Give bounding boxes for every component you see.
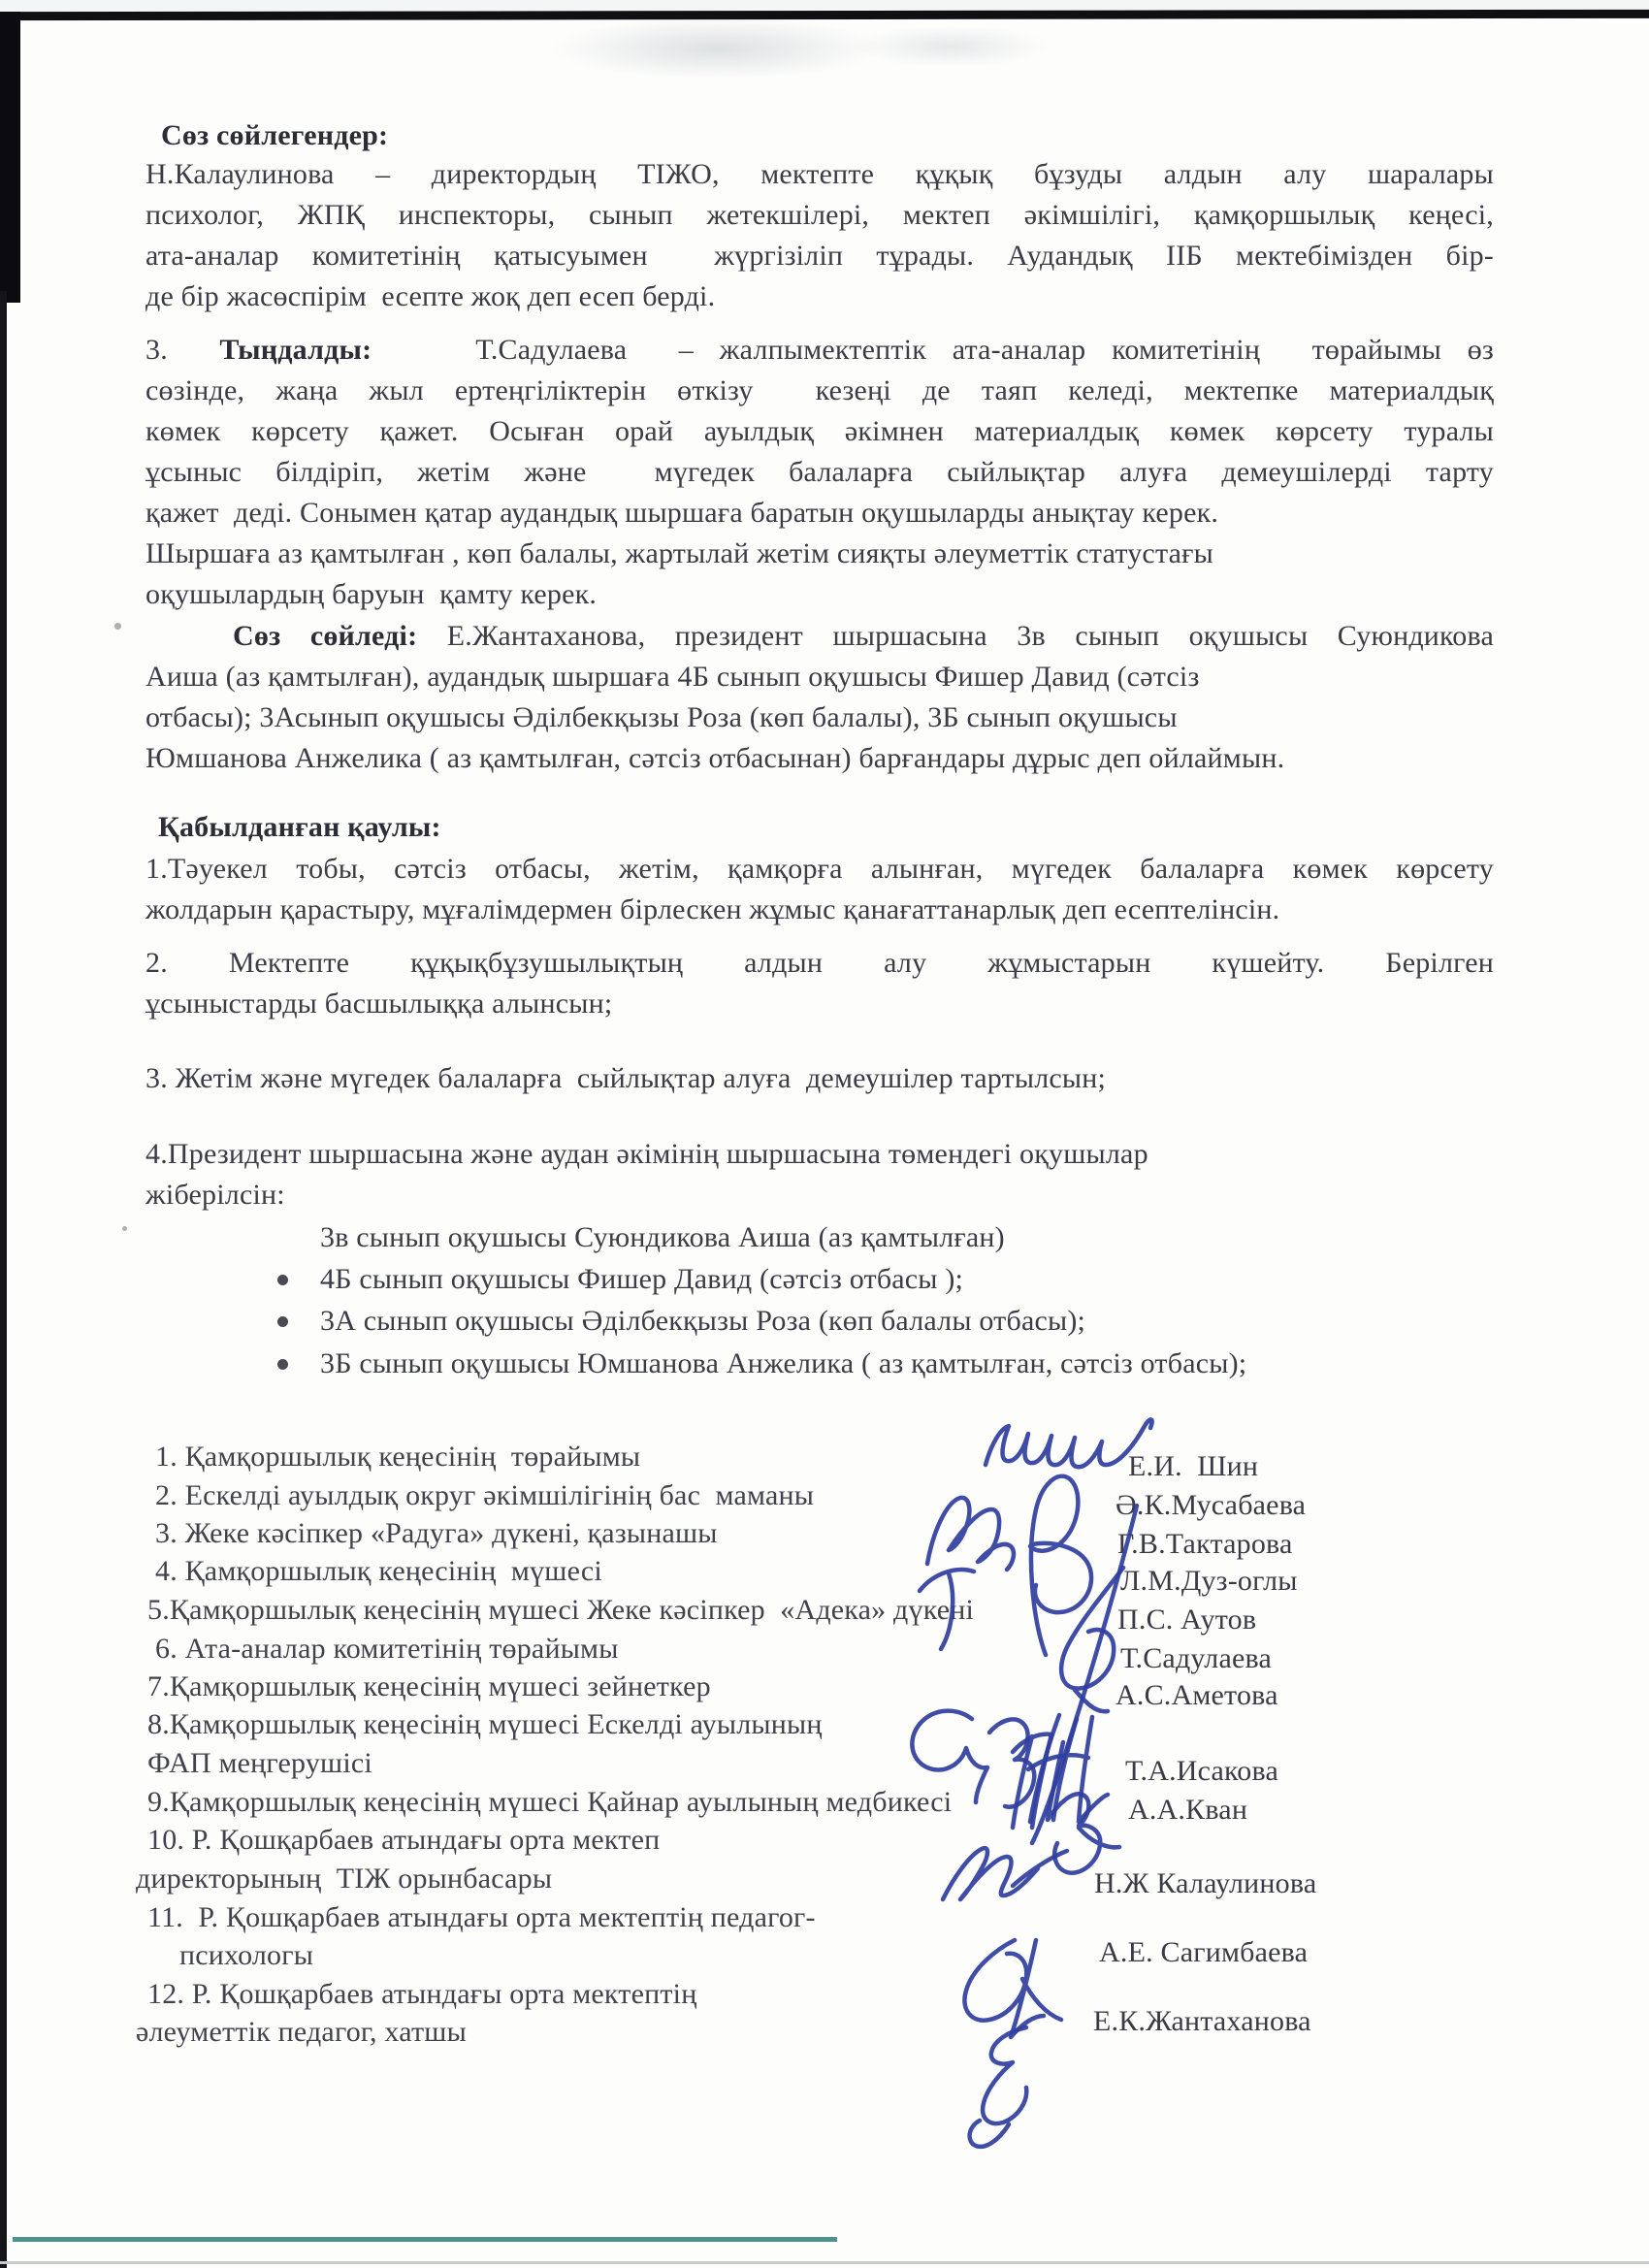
signatory-name: А.С.Аметова (1115, 1676, 1278, 1715)
signatory-name: Т.Садулаева (1120, 1639, 1272, 1678)
signatory-role-line: 5.Қамқоршылық кеңесінің мүшесі Жеке кәсі… (147, 1591, 974, 1630)
signatory-role-line: 11. Р. Қошқарбаев атындағы орта мектепті… (147, 1898, 816, 1937)
document-text-line: ұсыныс білдіріп, жетім және мүгедек бала… (145, 453, 1494, 492)
signatory-role-line: 1. Қамқоршылық кеңесінің төрайымы (155, 1438, 640, 1476)
signatory-name: А.А.Кван (1128, 1791, 1247, 1830)
bullet-icon (277, 1359, 288, 1370)
signature-shin-ink (986, 1419, 1152, 1467)
signatory-name: Н.Ж Калаулинова (1094, 1864, 1316, 1903)
document-text-line: Сөз сөйлегендер: (161, 116, 388, 155)
scan-smudge (553, 17, 883, 80)
document-text-line: Сөз сөйледі: Е.Жантаханова, президент шы… (233, 617, 1494, 656)
scan-edge-left (0, 291, 7, 2268)
document-text-line: де бір жасөспірім есепте жоқ деп есеп бе… (145, 277, 715, 316)
signatory-role-line: директорының ТІЖ орынбасары (136, 1860, 552, 1898)
document-text-line: жіберілсін: (145, 1176, 285, 1215)
scan-smudge (854, 25, 1048, 68)
document-text-line: Н.Калаулинова – директордың ТІЖО, мектеп… (145, 155, 1494, 194)
signature-isakova-kvan-ink (1013, 1734, 1119, 1873)
signatory-name: Г.В.Тактарова (1117, 1525, 1293, 1564)
document-text-line: 1.Тәуекел тобы, сәтсіз отбасы, жетім, қа… (145, 850, 1494, 889)
screenshot-root: { "page": { "kind": "scanned protocol do… (0, 0, 1649, 2268)
document-text-line: ата-аналар комитетінің қатысуымен жүргіз… (145, 237, 1494, 275)
scanned-document-page: Сөз сөйлегендер:Н.Калаулинова – директор… (0, 0, 1649, 2268)
signature-duz-ogly-ink (1061, 1568, 1123, 1711)
document-text-line: жолдарын қарастыру, мұғалімдермен бірлес… (145, 891, 1279, 929)
signature-kalaulinova-ink (943, 1848, 1067, 1899)
signatory-name: Т.А.Исакова (1125, 1752, 1278, 1791)
signatory-role-line: психологы (179, 1936, 313, 1975)
document-text-line: қажет деді. Сонымен қатар аудандық шырша… (145, 494, 1218, 533)
signatory-role-line: 8.Қамқоршылық кеңесінің мүшесі Ескелді а… (147, 1705, 823, 1744)
signatory-name: А.Е. Сагимбаева (1099, 1933, 1308, 1972)
signatory-role-line: 3. Жеке кәсіпкер «Радуга» дүкені, қазына… (155, 1514, 718, 1553)
signatory-name: Л.М.Дуз-оглы (1120, 1562, 1298, 1601)
signatory-role-line: 2. Ескелді ауылдық округ әкімшілігінің б… (155, 1476, 814, 1515)
signatory-role-line: 4. Қамқоршылық кеңесінің мүшесі (155, 1552, 602, 1591)
document-text-line: 3в сынып оқушысы Суюндикова Аиша (аз қам… (320, 1218, 1005, 1257)
bullet-list-item: 3Б сынып оқушысы Юмшанова Анжелика ( аз … (320, 1345, 1246, 1383)
signatory-role-line: 10. Р. Қошқарбаев атындағы орта мектеп (147, 1821, 660, 1860)
signatory-name: Е.К.Жантаханова (1093, 2002, 1311, 2041)
signatory-name: Ә.К.Мусабаева (1115, 1486, 1306, 1525)
signature-zhantakhanova-ink (970, 2027, 1027, 2147)
signatory-role-line: 6. Ата-аналар комитетінің төрайымы (155, 1630, 619, 1669)
document-text-line: оқушылардың баруын қамту керек. (145, 575, 597, 614)
signatory-role-line: 7.Қамқоршылық кеңесінің мүшесі зейнеткер (147, 1668, 711, 1706)
signature-sagimbaeva-ink (964, 1940, 1061, 2037)
signatory-role-line: 12. Р. Қошқарбаев атындағы орта мектепті… (147, 1975, 696, 2014)
bullet-icon (277, 1275, 288, 1285)
document-text-line: 3. Жетім және мүгедек балаларға сыйлықта… (145, 1059, 1106, 1098)
signatory-role-line: әлеуметтік педагог, хатшы (136, 2013, 467, 2052)
scan-bottom-edge (0, 2261, 1649, 2264)
scan-border-line (0, 10, 1649, 20)
scan-teal-line (13, 2237, 837, 2242)
document-text-line: сөзінде, жаңа жыл ертеңгіліктерін өткізу… (145, 372, 1494, 410)
scan-speck (114, 623, 121, 630)
document-text-line: Аиша (аз қамтылған), аудандық шыршаға 4Б… (145, 658, 1200, 697)
signatory-role-line: ФАП меңгерушісі (147, 1744, 372, 1783)
document-text-line: Шыршаға аз қамтылған , көп балалы, жарты… (145, 535, 1213, 573)
document-text-line: Қабылданған қаулы: (158, 808, 441, 847)
document-text-line: көмек көрсету қажет. Осыған орай ауылдық… (145, 412, 1494, 451)
signature-musabaeva-ink (927, 1498, 1014, 1570)
document-text-line: ұсыныстарды басшылыққа алынсын; (145, 985, 612, 1023)
scan-speck (122, 1226, 127, 1231)
bullet-list-item: 3А сынып оқушысы Әділбекқызы Роза (көп б… (320, 1302, 1085, 1341)
signatory-name: П.С. Аутов (1117, 1601, 1256, 1639)
signatory-role-line: 9.Қамқоршылық кеңесінің мүшесі Қайнар ау… (147, 1783, 952, 1822)
signatory-name: Е.И. Шин (1128, 1447, 1258, 1486)
signature-ametova-ink (1028, 1715, 1108, 1822)
document-text-line: Юмшанова Анжелика ( аз қамтылған, сәтсіз… (145, 739, 1284, 778)
document-text-line: 2. Мектепте құқықбұзушылықтың алдын алу … (145, 944, 1494, 983)
document-text-line: 3. Тыңдалды: Т.Садулаева – жалпымектепті… (145, 331, 1494, 370)
document-text-line: отбасы); 3Асынып оқушысы Әділбекқызы Роз… (145, 698, 1178, 737)
document-text-line: 4.Президент шыршасына және аудан әкіміні… (145, 1135, 1148, 1174)
signature-taktarova-ink (1030, 1476, 1091, 1655)
scan-edge-corner (0, 12, 20, 303)
bullet-list-item: 4Б сынып оқушысы Фишер Давид (сәтсіз отб… (320, 1260, 963, 1299)
bullet-icon (277, 1316, 288, 1327)
document-text-line: психолог, ЖПҚ инспекторы, сынып жетекшіл… (145, 196, 1494, 235)
